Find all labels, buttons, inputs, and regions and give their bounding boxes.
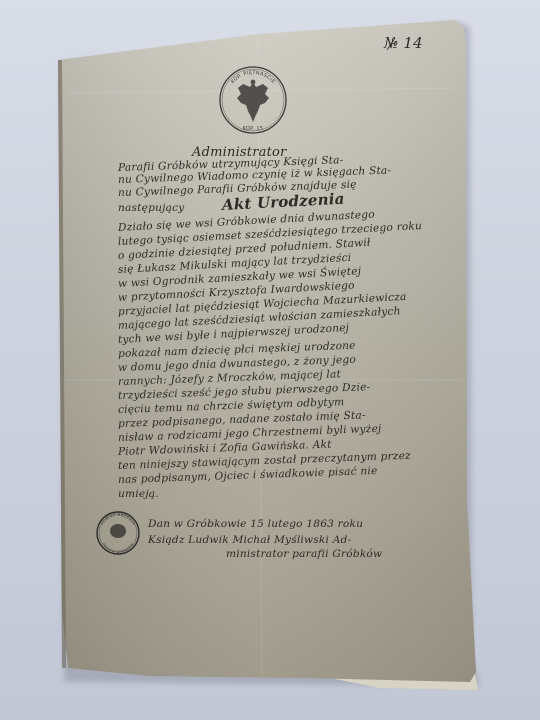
closing-line-1: Ksiądz Ludwik Michał Myśliwski Ad-: [148, 534, 351, 546]
issue-date: Dan w Gróbkowie 15 lutego 1863 roku: [148, 518, 363, 530]
body-line: umieją.: [118, 488, 159, 500]
closing-line-2: ministrator parafii Gróbków: [226, 548, 382, 560]
svg-text:KOP. 15: KOP. 15: [243, 126, 264, 132]
header-line-5: następujący: [118, 202, 184, 214]
document-photo: KOP. PIĘTNASCIE KOP. 15 POWIAT BRZEZIN P…: [0, 0, 540, 720]
record-number: № 14: [384, 34, 423, 52]
